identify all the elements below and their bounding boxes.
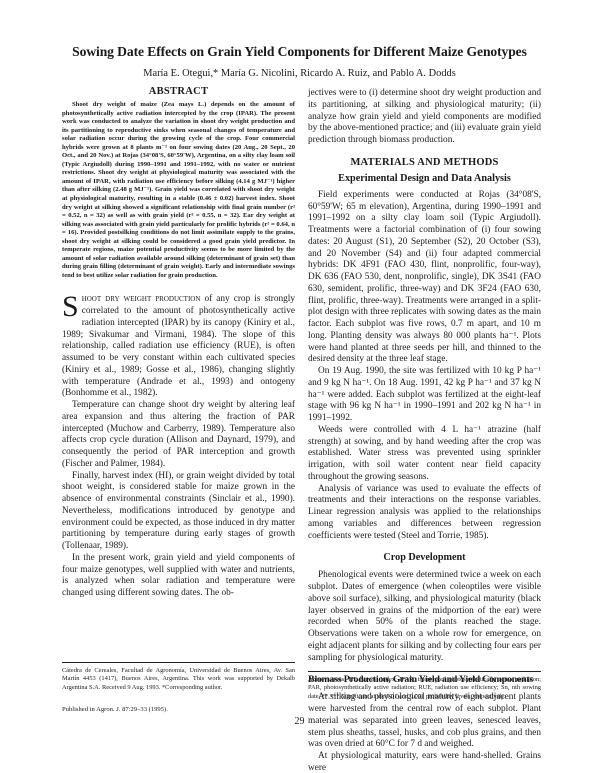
page-number: 29 bbox=[0, 716, 599, 727]
design-paragraph-4: Analysis of variance was used to evaluat… bbox=[308, 484, 541, 543]
intro-paragraph-4: In the present work, grain yield and yie… bbox=[62, 553, 295, 600]
intro-paragraph-1-text: of any crop is strongly correlated to th… bbox=[62, 294, 295, 398]
design-paragraph-1: Field experiments were conducted at Roja… bbox=[308, 190, 541, 366]
intro-smallcaps-lead: hoot dry weight production bbox=[82, 294, 201, 304]
drop-cap: S bbox=[62, 295, 79, 319]
design-paragraph-2: On 19 Aug. 1990, the site was fertilized… bbox=[308, 366, 541, 425]
abbreviations-footnote: Abbreviations: HI, harvest index; IPAR, … bbox=[308, 676, 541, 701]
abbreviations-footnote-block: Abbreviations: HI, harvest index; IPAR, … bbox=[308, 671, 541, 701]
affiliation-footnote-block: Cátedra de Cereales, Facultad de Agronom… bbox=[62, 652, 295, 692]
footnote-rule bbox=[62, 662, 295, 663]
intro-paragraph-1: Shoot dry weight production of any crop … bbox=[62, 294, 295, 400]
subsection-heading-development: Crop Development bbox=[308, 552, 541, 563]
biomass-paragraph-2: At physiological maturity, ears were han… bbox=[308, 751, 541, 773]
paper-title: Sowing Date Effects on Grain Yield Compo… bbox=[0, 44, 599, 60]
intro-paragraph-2: Temperature can change shoot dry weight … bbox=[62, 400, 295, 471]
affiliation-footnote: Cátedra de Cereales, Facultad de Agronom… bbox=[62, 667, 295, 692]
abbreviations-rule bbox=[308, 671, 541, 672]
publication-line: Published in Agron. J. 87:29–33 (1995). bbox=[62, 706, 168, 713]
left-column: ABSTRACT Shoot dry weight of maize (Zea … bbox=[62, 86, 295, 600]
design-paragraph-3: Weeds were controlled with 4 L ha⁻¹ atra… bbox=[308, 425, 541, 484]
abstract-heading: ABSTRACT bbox=[62, 86, 295, 97]
intro-paragraph-3: Finally, harvest index (HI), or grain we… bbox=[62, 471, 295, 553]
intro-continued: jectives were to (i) determine shoot dry… bbox=[308, 88, 541, 147]
development-paragraph-1: Phenological events were determined twic… bbox=[308, 570, 541, 664]
abstract-text: Shoot dry weight of maize (Zea mays L.) … bbox=[62, 101, 295, 280]
section-heading-methods: MATERIALS AND METHODS bbox=[308, 157, 541, 168]
subsection-heading-design: Experimental Design and Data Analysis bbox=[308, 173, 541, 184]
author-list: María E. Otegui,* María G. Nicolini, Ric… bbox=[0, 68, 599, 79]
